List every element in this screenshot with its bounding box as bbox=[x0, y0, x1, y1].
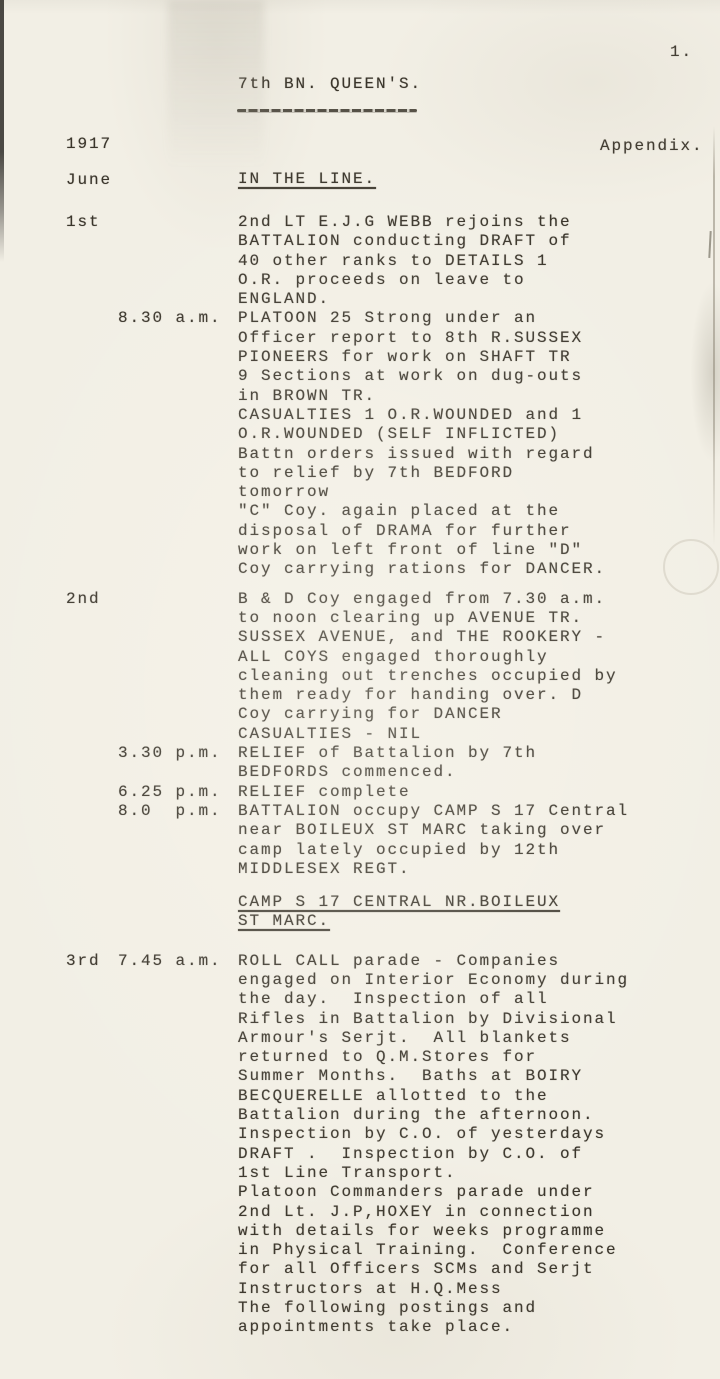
text-cell: PLATOON 25 Strong under an bbox=[238, 309, 720, 328]
time-cell bbox=[118, 1203, 238, 1222]
time-cell bbox=[118, 686, 238, 705]
time-cell bbox=[118, 445, 238, 464]
text-cell: DRAFT . Inspection by C.O. of bbox=[238, 1145, 720, 1164]
date-cell bbox=[66, 1260, 118, 1279]
date-cell: 3rd bbox=[66, 952, 118, 971]
time-cell bbox=[118, 1125, 238, 1144]
time-cell: 8.30 a.m. bbox=[118, 309, 238, 328]
diary-line: engaged on Interior Economy during bbox=[0, 971, 720, 990]
location-heading-entry: CAMP S 17 CENTRAL NR.BOILEUXST MARC. bbox=[0, 893, 720, 932]
text-cell: Battalion during the afternoon. bbox=[238, 1106, 720, 1125]
date-cell bbox=[66, 841, 118, 860]
time-cell bbox=[118, 1222, 238, 1241]
diary-line: Battalion during the afternoon. bbox=[0, 1106, 720, 1125]
diary-line: 1st2nd LT E.J.G WEBB rejoins the bbox=[0, 213, 720, 232]
text-cell: CASUALTIES - NIL bbox=[238, 725, 720, 744]
date-cell bbox=[66, 502, 118, 521]
diary-line: Summer Months. Baths at BOIRY bbox=[0, 1067, 720, 1086]
time-cell: 3.30 p.m. bbox=[118, 744, 238, 763]
date-cell bbox=[66, 667, 118, 686]
diary-line: to relief by 7th BEDFORD bbox=[0, 464, 720, 483]
diary-line: 9 Sections at work on dug-outs bbox=[0, 367, 720, 386]
time-cell bbox=[118, 648, 238, 667]
date-cell bbox=[66, 1010, 118, 1029]
diary-line: Coy carrying for DANCER bbox=[0, 705, 720, 724]
date-cell bbox=[66, 990, 118, 1009]
date-cell bbox=[66, 367, 118, 386]
text-cell: Inspection by C.O. of yesterdays bbox=[238, 1125, 720, 1144]
time-cell bbox=[118, 667, 238, 686]
text-cell: ST MARC. bbox=[238, 912, 720, 931]
text-cell: Officer report to 8th R.SUSSEX bbox=[238, 329, 720, 348]
diary-line: MIDDLESEX REGT. bbox=[0, 860, 720, 879]
time-cell bbox=[118, 1087, 238, 1106]
date-cell bbox=[66, 1280, 118, 1299]
time-cell: 7.45 a.m. bbox=[118, 952, 238, 971]
diary-line: O.R. proceeds on leave to bbox=[0, 271, 720, 290]
date-cell bbox=[66, 271, 118, 290]
time-cell bbox=[118, 971, 238, 990]
text-cell: BATTALION occupy CAMP S 17 Central bbox=[238, 802, 720, 821]
year-label: 1917 bbox=[66, 135, 112, 154]
text-cell: for all Officers SCMs and Serjt bbox=[238, 1260, 720, 1279]
text-cell: SUSSEX AVENUE, and THE ROOKERY - bbox=[238, 628, 720, 647]
date-cell: 1st bbox=[66, 213, 118, 232]
diary-line: work on left front of line "D" bbox=[0, 541, 720, 560]
date-cell bbox=[66, 648, 118, 667]
date-cell bbox=[66, 893, 118, 912]
date-cell bbox=[66, 1029, 118, 1048]
text-cell: camp lately occupied by 12th bbox=[238, 841, 720, 860]
date-cell bbox=[66, 464, 118, 483]
date-cell bbox=[66, 628, 118, 647]
text-cell: The following postings and bbox=[238, 1299, 720, 1318]
diary-entry-2nd: 2ndB & D Coy engaged from 7.30 a.m.to no… bbox=[0, 590, 720, 879]
time-cell bbox=[118, 541, 238, 560]
date-cell bbox=[66, 1222, 118, 1241]
diary-line: near BOILEUX ST MARC taking over bbox=[0, 821, 720, 840]
text-cell: ALL COYS engaged thoroughly bbox=[238, 648, 720, 667]
time-cell bbox=[118, 387, 238, 406]
text-cell: B & D Coy engaged from 7.30 a.m. bbox=[238, 590, 720, 609]
text-cell: to noon clearing up AVENUE TR. bbox=[238, 609, 720, 628]
text-cell: 9 Sections at work on dug-outs bbox=[238, 367, 720, 386]
date-cell: 2nd bbox=[66, 590, 118, 609]
appendix-label: Appendix. bbox=[600, 137, 704, 156]
time-cell bbox=[118, 1145, 238, 1164]
time-cell bbox=[118, 329, 238, 348]
diary-line: 40 other ranks to DETAILS 1 bbox=[0, 252, 720, 271]
date-cell bbox=[66, 686, 118, 705]
time-cell bbox=[118, 232, 238, 251]
diary-line: SUSSEX AVENUE, and THE ROOKERY - bbox=[0, 628, 720, 647]
date-cell bbox=[66, 290, 118, 309]
time-cell bbox=[118, 271, 238, 290]
time-cell bbox=[118, 860, 238, 879]
diary-line: Rifles in Battalion by Divisional bbox=[0, 1010, 720, 1029]
date-cell bbox=[66, 309, 118, 328]
diary-line: CASUALTIES - NIL bbox=[0, 725, 720, 744]
date-cell bbox=[66, 912, 118, 931]
date-cell bbox=[66, 541, 118, 560]
text-cell: Summer Months. Baths at BOIRY bbox=[238, 1067, 720, 1086]
time-cell bbox=[118, 609, 238, 628]
date-cell bbox=[66, 1164, 118, 1183]
text-cell: BATTALION conducting DRAFT of bbox=[238, 232, 720, 251]
time-cell bbox=[118, 1299, 238, 1318]
date-cell bbox=[66, 1299, 118, 1318]
diary-line: BATTALION conducting DRAFT of bbox=[0, 232, 720, 251]
text-cell: with details for weeks programme bbox=[238, 1222, 720, 1241]
diary-line: in BROWN TR. bbox=[0, 387, 720, 406]
time-cell bbox=[118, 1010, 238, 1029]
text-cell: returned to Q.M.Stores for bbox=[238, 1048, 720, 1067]
diary-line: in Physical Training. Conference bbox=[0, 1241, 720, 1260]
text-cell: Rifles in Battalion by Divisional bbox=[238, 1010, 720, 1029]
diary-line: cleaning out trenches occupied by bbox=[0, 667, 720, 686]
time-cell bbox=[118, 705, 238, 724]
date-cell bbox=[66, 1048, 118, 1067]
time-cell bbox=[118, 213, 238, 232]
text-cell: 2nd LT E.J.G WEBB rejoins the bbox=[238, 213, 720, 232]
diary-line: Platoon Commanders parade under bbox=[0, 1183, 720, 1202]
text-cell: BECQUERELLE allotted to the bbox=[238, 1087, 720, 1106]
text-cell: 40 other ranks to DETAILS 1 bbox=[238, 252, 720, 271]
date-cell bbox=[66, 971, 118, 990]
diary-line: O.R.WOUNDED (SELF INFLICTED) bbox=[0, 425, 720, 444]
date-cell bbox=[66, 705, 118, 724]
text-cell: 1st Line Transport. bbox=[238, 1164, 720, 1183]
text-cell: 2nd Lt. J.P,HOXEY in connection bbox=[238, 1203, 720, 1222]
text-cell: RELIEF complete bbox=[238, 783, 720, 802]
diary-line: tomorrow bbox=[0, 483, 720, 502]
time-cell bbox=[118, 367, 238, 386]
diary-line: for all Officers SCMs and Serjt bbox=[0, 1260, 720, 1279]
time-cell bbox=[118, 590, 238, 609]
time-cell bbox=[118, 1318, 238, 1337]
time-cell bbox=[118, 464, 238, 483]
diary-line: 2ndB & D Coy engaged from 7.30 a.m. bbox=[0, 590, 720, 609]
text-cell: CASUALTIES 1 O.R.WOUNDED and 1 bbox=[238, 406, 720, 425]
date-cell bbox=[66, 406, 118, 425]
diary-line: 6.25 p.m.RELIEF complete bbox=[0, 783, 720, 802]
date-cell bbox=[66, 483, 118, 502]
entries: 1st2nd LT E.J.G WEBB rejoins theBATTALIO… bbox=[0, 213, 720, 1338]
date-cell bbox=[66, 802, 118, 821]
title-underline-rule bbox=[237, 109, 417, 112]
date-cell bbox=[66, 560, 118, 579]
date-cell bbox=[66, 387, 118, 406]
text-cell: "C" Coy. again placed at the bbox=[238, 502, 720, 521]
text-cell: MIDDLESEX REGT. bbox=[238, 860, 720, 879]
date-cell bbox=[66, 329, 118, 348]
date-cell bbox=[66, 1183, 118, 1202]
date-cell bbox=[66, 232, 118, 251]
diary-line: "C" Coy. again placed at the bbox=[0, 502, 720, 521]
diary-line: Instructors at H.Q.Mess bbox=[0, 1280, 720, 1299]
text-cell: near BOILEUX ST MARC taking over bbox=[238, 821, 720, 840]
text-cell: ENGLAND. bbox=[238, 290, 720, 309]
text-cell: in BROWN TR. bbox=[238, 387, 720, 406]
date-cell bbox=[66, 609, 118, 628]
diary-line: 3rd7.45 a.m.ROLL CALL parade - Companies bbox=[0, 952, 720, 971]
diary-line: 3.30 p.m.RELIEF of Battalion by 7th bbox=[0, 744, 720, 763]
time-cell bbox=[118, 990, 238, 1009]
diary-line: Battn orders issued with regard bbox=[0, 445, 720, 464]
diary-line: 8.30 a.m.PLATOON 25 Strong under an bbox=[0, 309, 720, 328]
date-cell bbox=[66, 1203, 118, 1222]
date-cell bbox=[66, 821, 118, 840]
time-cell bbox=[118, 290, 238, 309]
diary-line: 1st Line Transport. bbox=[0, 1164, 720, 1183]
date-cell bbox=[66, 1318, 118, 1337]
time-cell bbox=[118, 1241, 238, 1260]
text-cell: disposal of DRAMA for further bbox=[238, 522, 720, 541]
text-cell: ROLL CALL parade - Companies bbox=[238, 952, 720, 971]
diary-line: CAMP S 17 CENTRAL NR.BOILEUX bbox=[0, 893, 720, 912]
diary-line: to noon clearing up AVENUE TR. bbox=[0, 609, 720, 628]
time-cell bbox=[118, 1183, 238, 1202]
diary-line: returned to Q.M.Stores for bbox=[0, 1048, 720, 1067]
time-cell bbox=[118, 483, 238, 502]
diary-line: 2nd Lt. J.P,HOXEY in connection bbox=[0, 1203, 720, 1222]
diary-line: appointments take place. bbox=[0, 1318, 720, 1337]
time-cell bbox=[118, 821, 238, 840]
diary-line: The following postings and bbox=[0, 1299, 720, 1318]
text-cell: them ready for handing over. D bbox=[238, 686, 720, 705]
diary-line: Officer report to 8th R.SUSSEX bbox=[0, 329, 720, 348]
date-cell bbox=[66, 445, 118, 464]
page-number: 1. bbox=[670, 43, 693, 62]
diary-line: BECQUERELLE allotted to the bbox=[0, 1087, 720, 1106]
time-cell bbox=[118, 1029, 238, 1048]
text-cell: RELIEF of Battalion by 7th bbox=[238, 744, 720, 763]
text-cell: engaged on Interior Economy during bbox=[238, 971, 720, 990]
time-cell bbox=[118, 1280, 238, 1299]
diary-line: DRAFT . Inspection by C.O. of bbox=[0, 1145, 720, 1164]
date-cell bbox=[66, 1241, 118, 1260]
diary-line: disposal of DRAMA for further bbox=[0, 522, 720, 541]
text-cell: O.R. proceeds on leave to bbox=[238, 271, 720, 290]
time-cell bbox=[118, 1164, 238, 1183]
diary-line: PIONEERS for work on SHAFT TR bbox=[0, 348, 720, 367]
war-diary-page: 1. 7th BN. QUEEN'S. 1917 Appendix. June … bbox=[0, 0, 720, 1379]
diary-line: BEDFORDS commenced. bbox=[0, 763, 720, 782]
text-cell: in Physical Training. Conference bbox=[238, 1241, 720, 1260]
text-cell: Battn orders issued with regard bbox=[238, 445, 720, 464]
month-label: June bbox=[66, 171, 112, 190]
section-heading: IN THE LINE. bbox=[238, 170, 376, 189]
time-cell bbox=[118, 893, 238, 912]
time-cell bbox=[118, 1260, 238, 1279]
text-cell: Instructors at H.Q.Mess bbox=[238, 1280, 720, 1299]
text-cell: tomorrow bbox=[238, 483, 720, 502]
time-cell bbox=[118, 763, 238, 782]
text-cell: Platoon Commanders parade under bbox=[238, 1183, 720, 1202]
date-cell bbox=[66, 725, 118, 744]
time-cell bbox=[118, 348, 238, 367]
text-cell: Coy carrying rations for DANCER. bbox=[238, 560, 720, 579]
time-cell bbox=[118, 406, 238, 425]
time-cell bbox=[118, 628, 238, 647]
diary-line: ALL COYS engaged thoroughly bbox=[0, 648, 720, 667]
text-cell: Coy carrying for DANCER bbox=[238, 705, 720, 724]
time-cell bbox=[118, 560, 238, 579]
diary-line: CASUALTIES 1 O.R.WOUNDED and 1 bbox=[0, 406, 720, 425]
text-cell: O.R.WOUNDED (SELF INFLICTED) bbox=[238, 425, 720, 444]
time-cell bbox=[118, 252, 238, 271]
text-cell: appointments take place. bbox=[238, 1318, 720, 1337]
diary-line: ST MARC. bbox=[0, 912, 720, 931]
text-cell: CAMP S 17 CENTRAL NR.BOILEUX bbox=[238, 893, 720, 912]
diary-line: them ready for handing over. D bbox=[0, 686, 720, 705]
date-cell bbox=[66, 763, 118, 782]
date-cell bbox=[66, 1087, 118, 1106]
time-cell bbox=[118, 912, 238, 931]
date-cell bbox=[66, 425, 118, 444]
diary-entry-1st: 1st2nd LT E.J.G WEBB rejoins theBATTALIO… bbox=[0, 213, 720, 580]
text-cell: to relief by 7th BEDFORD bbox=[238, 464, 720, 483]
time-cell bbox=[118, 522, 238, 541]
date-cell bbox=[66, 1067, 118, 1086]
diary-line: ENGLAND. bbox=[0, 290, 720, 309]
text-cell: the day. Inspection of all bbox=[238, 990, 720, 1009]
date-cell bbox=[66, 348, 118, 367]
diary-line: Armour's Serjt. All blankets bbox=[0, 1029, 720, 1048]
date-cell bbox=[66, 744, 118, 763]
time-cell: 8.0 p.m. bbox=[118, 802, 238, 821]
text-cell: work on left front of line "D" bbox=[238, 541, 720, 560]
diary-line: camp lately occupied by 12th bbox=[0, 841, 720, 860]
date-cell bbox=[66, 252, 118, 271]
diary-line: with details for weeks programme bbox=[0, 1222, 720, 1241]
time-cell bbox=[118, 1048, 238, 1067]
diary-line: the day. Inspection of all bbox=[0, 990, 720, 1009]
time-cell bbox=[118, 502, 238, 521]
time-cell bbox=[118, 1067, 238, 1086]
diary-line: Coy carrying rations for DANCER. bbox=[0, 560, 720, 579]
text-cell: Armour's Serjt. All blankets bbox=[238, 1029, 720, 1048]
date-cell bbox=[66, 860, 118, 879]
diary-entry-3rd: 3rd7.45 a.m.ROLL CALL parade - Companies… bbox=[0, 952, 720, 1338]
time-cell bbox=[118, 1106, 238, 1125]
text-cell: cleaning out trenches occupied by bbox=[238, 667, 720, 686]
date-cell bbox=[66, 783, 118, 802]
time-cell bbox=[118, 725, 238, 744]
time-cell: 6.25 p.m. bbox=[118, 783, 238, 802]
date-cell bbox=[66, 1106, 118, 1125]
text-cell: PIONEERS for work on SHAFT TR bbox=[238, 348, 720, 367]
time-cell bbox=[118, 841, 238, 860]
date-cell bbox=[66, 1125, 118, 1144]
diary-line: Inspection by C.O. of yesterdays bbox=[0, 1125, 720, 1144]
text-cell: BEDFORDS commenced. bbox=[238, 763, 720, 782]
page-title: 7th BN. QUEEN'S. bbox=[238, 75, 422, 94]
date-cell bbox=[66, 1145, 118, 1164]
time-cell bbox=[118, 425, 238, 444]
date-cell bbox=[66, 522, 118, 541]
diary-line: 8.0 p.m.BATTALION occupy CAMP S 17 Centr… bbox=[0, 802, 720, 821]
